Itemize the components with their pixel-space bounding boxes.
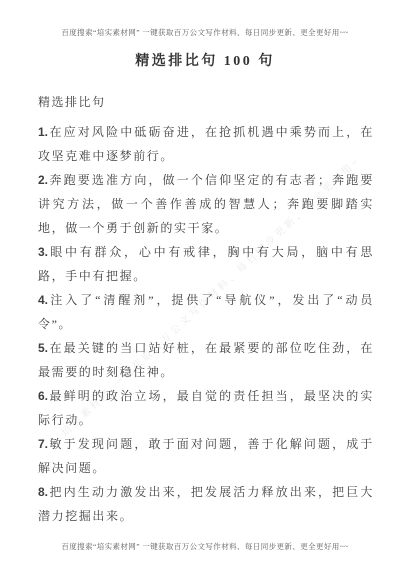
item-number: 8. <box>38 485 48 499</box>
document-body: 精选排比句 1.在应对风险中砥砺奋进，在抢抓机遇中乘势而上，在攻坚克难中逐梦前行… <box>38 90 374 528</box>
item-number: 3. <box>38 245 48 259</box>
sentence-item: 6.最鲜明的政治立场，最自觉的责任担当，最坚决的实际行动。 <box>38 384 374 432</box>
page-title: 精选排比句 100 句 <box>0 50 410 70</box>
sentence-item: 4.注入了“清醒剂”，提供了“导航仪”，发出了“动员令”。 <box>38 288 374 336</box>
sentence-item: 7.敏于发现问题，敢于面对问题，善于化解问题，成于解决问题。 <box>38 432 374 480</box>
items-list: 1.在应对风险中砥砺奋进，在抢抓机遇中乘势而上，在攻坚克难中逐梦前行。 2.奔跑… <box>38 120 374 528</box>
footer-promo-banner: 百度搜索“培实素材网” 一键获取百万公文写作材料、每日同步更新、更全更好用~~ <box>0 541 410 552</box>
item-text: 最鲜明的政治立场，最自觉的责任担当，最坚决的实际行动。 <box>38 389 374 427</box>
item-number: 4. <box>38 293 48 307</box>
item-number: 2. <box>38 173 48 187</box>
item-text: 在应对风险中砥砺奋进，在抢抓机遇中乘势而上，在攻坚克难中逐梦前行。 <box>38 125 374 163</box>
sentence-item: 3.眼中有群众，心中有戒律，胸中有大局，脑中有思路，手中有把握。 <box>38 240 374 288</box>
sentence-item: 1.在应对风险中砥砺奋进，在抢抓机遇中乘势而上，在攻坚克难中逐梦前行。 <box>38 120 374 168</box>
item-text: 敏于发现问题，敢于面对问题，善于化解问题，成于解决问题。 <box>38 437 374 475</box>
sentence-item: 5.在最关键的当口站好桩，在最紧要的部位吃住劲，在最需要的时刻稳住神。 <box>38 336 374 384</box>
sentence-item: 8.把内生动力激发出来，把发展活力释放出来，把巨大潜力挖掘出来。 <box>38 480 374 528</box>
item-number: 7. <box>38 437 48 451</box>
sentence-item: 2.奔跑要选准方向，做一个信仰坚定的有志者；奔跑要讲究方法，做一个善作善成的智慧… <box>38 168 374 240</box>
section-subtitle: 精选排比句 <box>38 90 374 114</box>
item-text: 眼中有群众，心中有戒律，胸中有大局，脑中有思路，手中有把握。 <box>38 245 374 283</box>
item-text: 奔跑要选准方向，做一个信仰坚定的有志者；奔跑要讲究方法，做一个善作善成的智慧人；… <box>38 173 374 235</box>
item-text: 注入了“清醒剂”，提供了“导航仪”，发出了“动员令”。 <box>38 293 374 331</box>
item-text: 在最关键的当口站好桩，在最紧要的部位吃住劲，在最需要的时刻稳住神。 <box>38 341 374 379</box>
item-number: 1. <box>38 125 48 139</box>
document-page: 培实素材网 一键获取百万公文写作材料、每日同步更新、更全更好用~ 百度搜索“培实… <box>0 0 410 580</box>
item-text: 把内生动力激发出来，把发展活力释放出来，把巨大潜力挖掘出来。 <box>38 485 374 523</box>
item-number: 6. <box>38 389 48 403</box>
header-promo-banner: 百度搜索“培实素材网” 一键获取百万公文写作材料、每日同步更新、更全更好用~~ <box>0 27 410 38</box>
item-number: 5. <box>38 341 48 355</box>
